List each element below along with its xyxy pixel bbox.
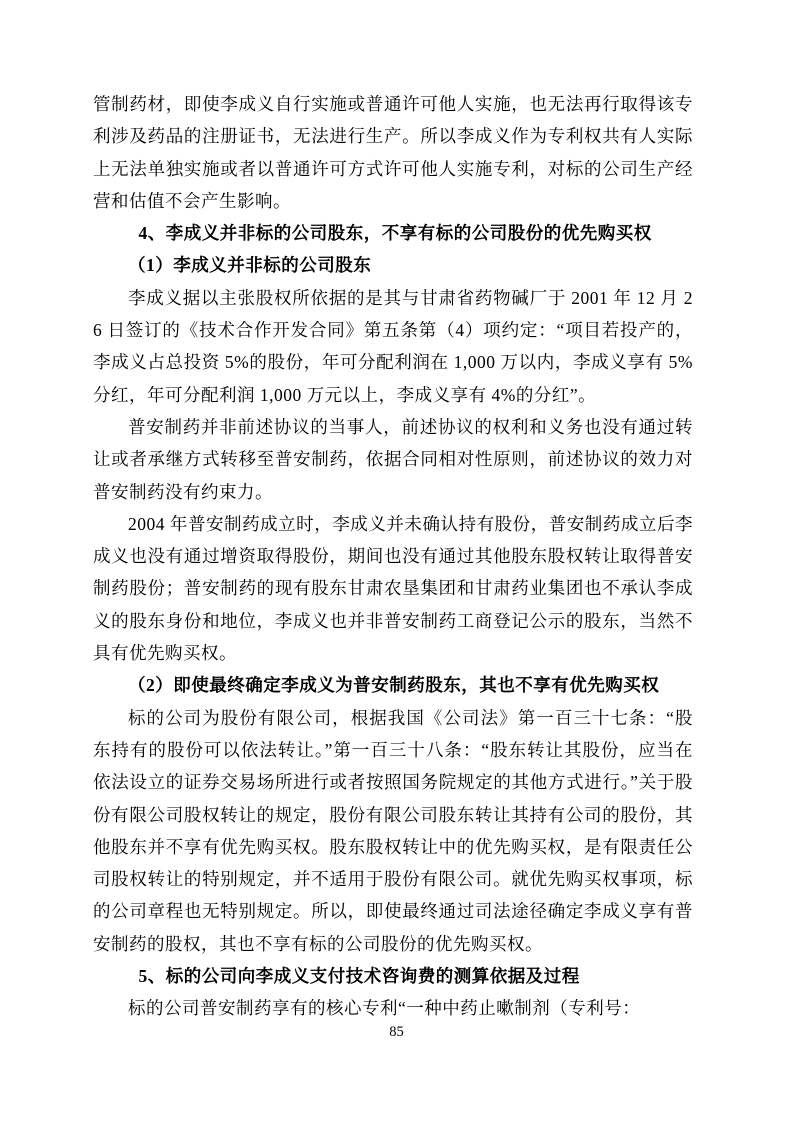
body-paragraph: 2004 年普安制药成立时，李成义并未确认持有股份，普安制药成立后李成义也没有通…: [93, 508, 693, 669]
body-paragraph: 标的公司为股份有限公司，根据我国《公司法》第一百三十七条：“股东持有的股份可以依…: [93, 702, 693, 960]
document-body: 管制药材，即使李成义自行实施或普通许可他人实施，也无法再行取得该专利涉及药品的注…: [93, 88, 693, 1025]
section-heading: 5、标的公司向李成义支付技术咨询费的测算依据及过程: [93, 960, 693, 992]
sub-heading: （1）李成义并非标的公司股东: [93, 249, 693, 281]
section-heading: 4、李成义并非标的公司股东，不享有标的公司股份的优先购买权: [93, 217, 693, 249]
body-paragraph: 李成义据以主张股权所依据的是其与甘肃省药物碱厂于 2001 年 12 月 26 …: [93, 282, 693, 411]
document-page: 管制药材，即使李成义自行实施或普通许可他人实施，也无法再行取得该专利涉及药品的注…: [0, 0, 793, 1122]
body-paragraph: 标的公司普安制药享有的核心专利“一种中药止嗽制剂（专利号：: [93, 992, 693, 1024]
page-number: 85: [0, 1022, 793, 1042]
body-paragraph-continuation: 管制药材，即使李成义自行实施或普通许可他人实施，也无法再行取得该专利涉及药品的注…: [93, 88, 693, 217]
sub-heading: （2）即使最终确定李成义为普安制药股东，其也不享有优先购买权: [93, 669, 693, 701]
body-paragraph: 普安制药并非前述协议的当事人，前述协议的权利和义务也没有通过转让或者承继方式转移…: [93, 411, 693, 508]
